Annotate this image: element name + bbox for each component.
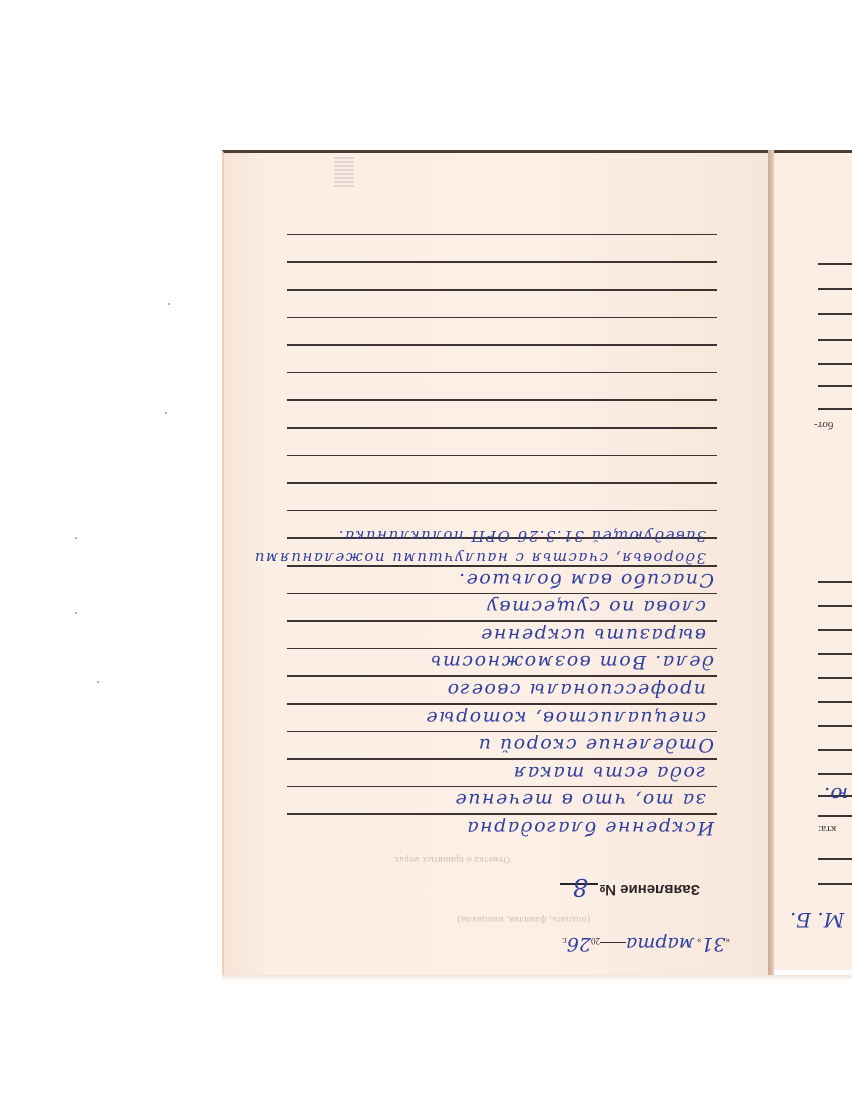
ruled-line: [818, 288, 852, 290]
ruled-line: [287, 620, 717, 622]
ruled-line: [287, 344, 717, 346]
handwritten-line: слова по существу: [266, 596, 706, 618]
scan-speck: [75, 612, 77, 614]
form-page: «31» марта2026г. Заявление № 8 (подпись,…: [222, 150, 770, 975]
ruled-line: [287, 676, 717, 678]
right-page-label: бот-: [814, 419, 833, 431]
faint-label: (подпись, фамилия, инициалы): [457, 915, 590, 925]
right-page-handwriting: ю.: [824, 783, 848, 807]
handwritten-line: за то, что в течение: [266, 789, 706, 811]
handwritten-line: Отделение скорой и: [274, 734, 714, 756]
date-field: «31» марта2026г.: [562, 933, 730, 955]
form-number: 8: [573, 873, 588, 901]
handwritten-line: специалистов, которые: [266, 707, 706, 729]
scan-speck: [75, 537, 77, 539]
stamp-mark: [334, 157, 354, 187]
ruled-line: [818, 815, 852, 817]
ruled-line: [287, 814, 717, 816]
ruled-line: [287, 455, 717, 457]
handwritten-line: профессионалы своего: [266, 679, 706, 701]
ruled-line: [818, 408, 852, 410]
date-day: 31: [701, 933, 725, 955]
handwritten-line: Искренне благодарна: [274, 817, 714, 839]
handwritten-line: дела. Вот возможность: [274, 651, 714, 673]
ruled-line: [818, 629, 852, 631]
handwritten-line: выразить искренне: [266, 624, 706, 646]
handwritten-line: Заведующей 31.3.26 ОРП поликлиника.: [266, 527, 706, 545]
ruled-line: [818, 883, 852, 885]
ruled-line: [287, 400, 717, 402]
ruled-line: [818, 653, 852, 655]
ruled-line: [818, 858, 852, 860]
ruled-line: [818, 605, 852, 607]
ruled-line: [818, 773, 852, 775]
date-year: 26: [567, 933, 591, 955]
adjacent-page: бот- ю. кта: М. Б.: [774, 150, 852, 970]
handwritten-line: Спасибо вам большое.: [274, 569, 714, 591]
ruled-line: [818, 701, 852, 703]
ruled-line: [818, 581, 852, 583]
ruled-line: [818, 263, 852, 265]
ruled-line: [287, 758, 717, 760]
ruled-line: [818, 725, 852, 727]
ruled-line: [287, 289, 717, 291]
ruled-line: [287, 786, 717, 788]
ruled-line: [818, 677, 852, 679]
ruled-line: [287, 731, 717, 733]
ruled-line: [287, 648, 717, 650]
ruled-line: [818, 385, 852, 387]
ruled-line: [287, 317, 717, 319]
scan-speck: [165, 412, 167, 414]
faint-label: Отметка о принятых мерах: [394, 855, 510, 865]
scan-speck: [168, 303, 170, 305]
ruled-line: [287, 372, 717, 374]
ruled-line: [287, 593, 717, 595]
page-shadow: [222, 975, 852, 981]
right-page-label: кта:: [818, 823, 836, 835]
ruled-line: [287, 482, 717, 484]
ruled-line: [287, 703, 717, 705]
date-suffix: г.: [562, 936, 567, 946]
ruled-line: [287, 427, 717, 429]
right-page-handwriting: М. Б.: [790, 908, 844, 932]
form-title: Заявление №: [599, 881, 700, 898]
ruled-line: [287, 262, 717, 264]
ruled-line: [287, 234, 717, 236]
ruled-line: [818, 339, 852, 341]
date-month: марта: [626, 933, 695, 955]
ruled-line: [818, 749, 852, 751]
handwritten-line: года есть такая: [266, 762, 706, 784]
scan-speck: [97, 681, 99, 683]
date-year-prefix: 20: [591, 936, 600, 946]
rotated-content: «31» марта2026г. Заявление № 8 (подпись,…: [224, 153, 770, 975]
ruled-line: [818, 313, 852, 315]
ruled-line: [287, 510, 717, 512]
ruled-line: [818, 363, 852, 365]
handwritten-line: Здоровья, счастья с наилучшими пожелания…: [266, 549, 706, 567]
